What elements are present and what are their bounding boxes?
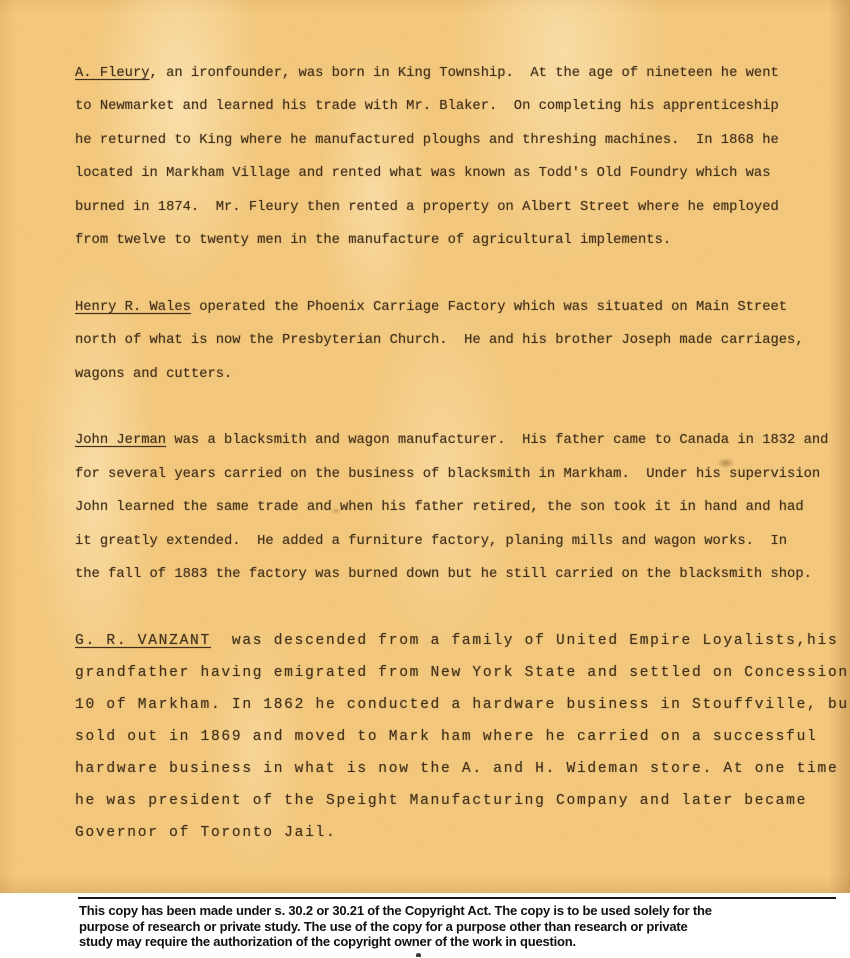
- typed-line: north of what is now the Presbyterian Ch…: [75, 324, 820, 357]
- paragraph-john-jerman: John Jerman was a blacksmith and wagon m…: [75, 424, 820, 591]
- typed-line: wagons and cutters.: [75, 358, 820, 391]
- typed-line: to Newmarket and learned his trade with …: [75, 90, 820, 123]
- typed-line: he was president of the Speight Manufact…: [75, 785, 820, 817]
- typed-line: he returned to King where he manufacture…: [75, 124, 820, 157]
- typed-line: John Jerman was a blacksmith and wagon m…: [75, 424, 820, 457]
- typed-line: A. Fleury, an ironfounder, was born in K…: [75, 57, 820, 90]
- paragraph-henry-r-wales: Henry R. Wales operated the Phoenix Carr…: [75, 291, 820, 391]
- typed-line: Governor of Toronto Jail.: [75, 817, 820, 849]
- typed-line: John learned the same trade and when his…: [75, 491, 820, 524]
- divider-line: [78, 897, 836, 899]
- typed-text-block: A. Fleury, an ironfounder, was born in K…: [0, 0, 850, 849]
- entry-heading: John Jerman: [75, 433, 166, 448]
- typed-line: sold out in 1869 and moved to Mark ham w…: [75, 721, 820, 753]
- typed-line: burned in 1874. Mr. Fleury then rented a…: [75, 191, 820, 224]
- typed-line: grandfather having emigrated from New Yo…: [75, 657, 820, 689]
- paragraph-g-r-vanzant: G. R. VANZANT was descended from a famil…: [75, 625, 820, 849]
- typed-line: for several years carried on the busines…: [75, 458, 820, 491]
- typed-line: Henry R. Wales operated the Phoenix Carr…: [75, 291, 820, 324]
- copyright-line: purpose of research or private study. Th…: [79, 919, 839, 935]
- entry-heading: A. Fleury: [75, 66, 150, 81]
- typed-line: G. R. VANZANT was descended from a famil…: [75, 625, 820, 657]
- typed-line: from twelve to twenty men in the manufac…: [75, 224, 820, 257]
- copyright-line: This copy has been made under s. 30.2 or…: [79, 903, 839, 919]
- typed-line: the fall of 1883 the factory was burned …: [75, 558, 820, 591]
- entry-heading: G. R. VANZANT: [75, 633, 211, 649]
- paragraph-a-fleury: A. Fleury, an ironfounder, was born in K…: [75, 57, 820, 257]
- typed-line: hardware business in what is now the A. …: [75, 753, 820, 785]
- typed-line: it greatly extended. He added a furnitur…: [75, 525, 820, 558]
- typed-line: 10 of Markham. In 1862 he conducted a ha…: [75, 689, 820, 721]
- typed-line: located in Markham Village and rented wh…: [75, 157, 820, 190]
- copyright-line: study may require the authorization of t…: [79, 934, 839, 950]
- scanned-page: A. Fleury, an ironfounder, was born in K…: [0, 0, 850, 893]
- entry-heading: Henry R. Wales: [75, 300, 191, 315]
- copyright-text: This copy has been made under s. 30.2 or…: [79, 903, 839, 950]
- copyright-notice: This copy has been made under s. 30.2 or…: [0, 893, 850, 958]
- scan-speck: [416, 953, 421, 957]
